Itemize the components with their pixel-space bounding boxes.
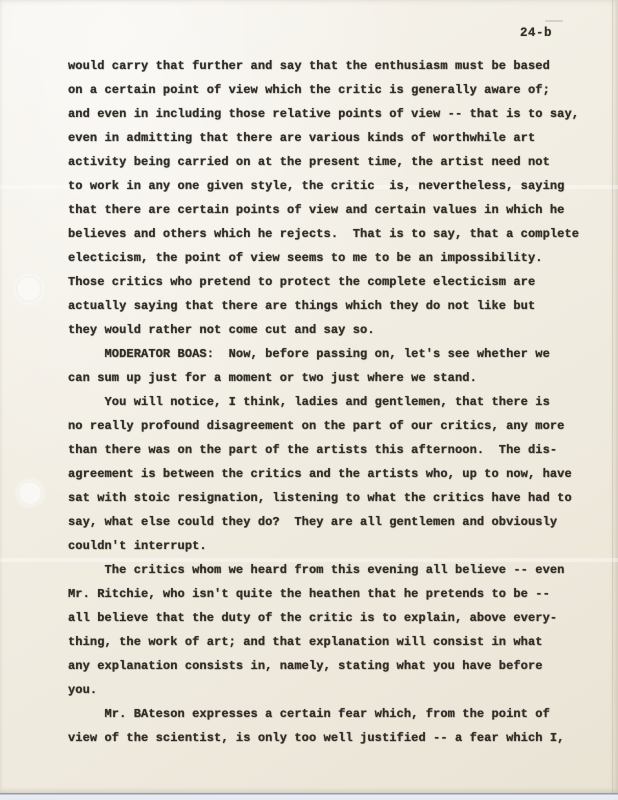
text-line: on a certain point of view which the cri…	[68, 78, 598, 102]
text-line: Mr. BAteson expresses a certain fear whi…	[68, 702, 598, 726]
text-line: actually saying that there are things wh…	[68, 294, 598, 318]
text-line: can sum up just for a moment or two just…	[68, 366, 598, 390]
text-line: all believe that the duty of the critic …	[68, 606, 598, 630]
text-line: electicism, the point of view seems to m…	[68, 246, 598, 270]
erased-pencil-mark	[545, 20, 563, 22]
text-line: even in admitting that there are various…	[68, 126, 598, 150]
page-number: 24-b	[520, 26, 552, 40]
text-line: say, what else could they do? They are a…	[68, 510, 598, 534]
text-line: thing, the work of art; and that explana…	[68, 630, 598, 654]
text-line: couldn't interrupt.	[68, 534, 598, 558]
scan-background-strip	[0, 793, 618, 800]
text-line: you.	[68, 678, 598, 702]
typewritten-page: 24-b would carry that further and say th…	[0, 0, 618, 793]
text-line: to work in any one given style, the crit…	[68, 174, 598, 198]
text-line: Mr. Ritchie, who isn't quite the heathen…	[68, 582, 598, 606]
text-line: and even in including those relative poi…	[68, 102, 598, 126]
text-line: they would rather not come cut and say s…	[68, 318, 598, 342]
text-line: The critics whom we heard from this even…	[68, 558, 598, 582]
hole-punch-mark	[16, 276, 42, 302]
text-line: than there was on the part of the artist…	[68, 438, 598, 462]
typewritten-text: would carry that further and say that th…	[68, 54, 598, 750]
text-line: believes and others which he rejects. Th…	[68, 222, 598, 246]
text-line: sat with stoic resignation, listening to…	[68, 486, 598, 510]
text-line: activity being carried on at the present…	[68, 150, 598, 174]
text-line: agreement is between the critics and the…	[68, 462, 598, 486]
text-line: MODERATOR BOAS: Now, before passing on, …	[68, 342, 598, 366]
text-line: view of the scientist, is only too well …	[68, 726, 598, 750]
text-line: any explanation consists in, namely, sta…	[68, 654, 598, 678]
text-line: no really profound disagreement on the p…	[68, 414, 598, 438]
text-line: that there are certain points of view an…	[68, 198, 598, 222]
text-line: You will notice, I think, ladies and gen…	[68, 390, 598, 414]
page-edge-shadow	[612, 0, 613, 793]
text-line: Those critics who pretend to protect the…	[68, 270, 598, 294]
hole-punch-mark	[18, 481, 42, 505]
text-line: would carry that further and say that th…	[68, 54, 598, 78]
